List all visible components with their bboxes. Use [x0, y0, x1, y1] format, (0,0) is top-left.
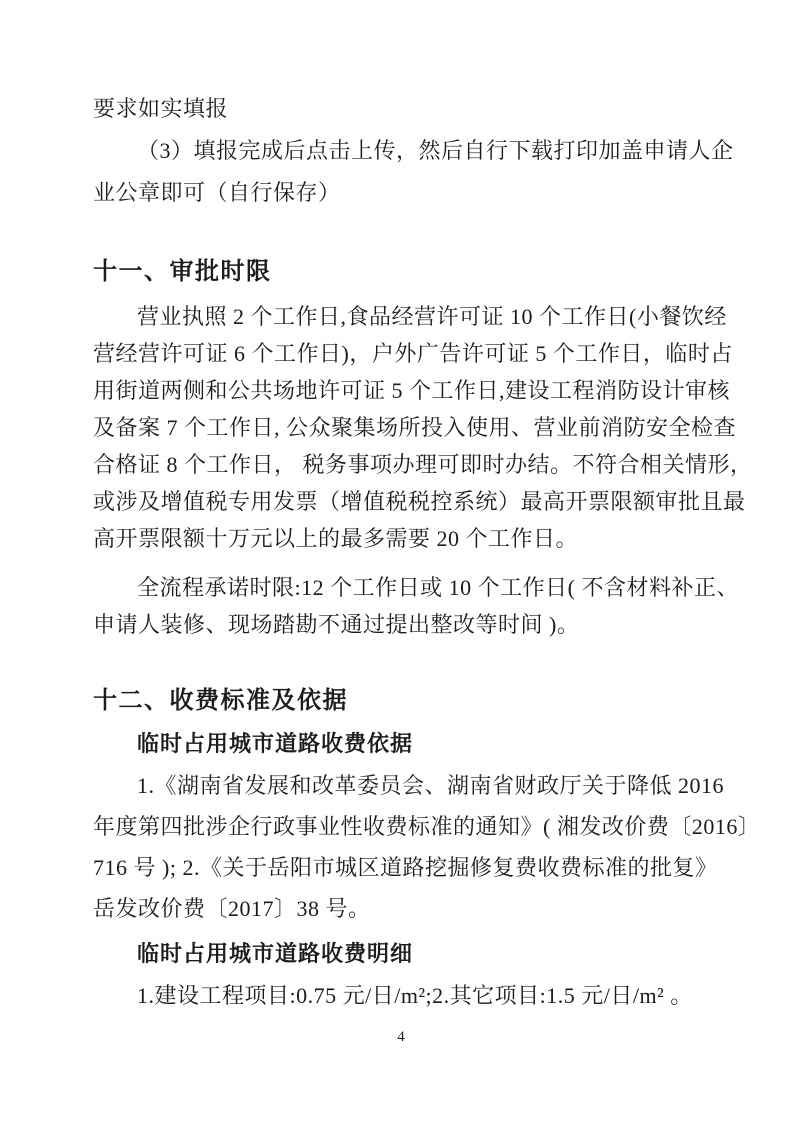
s11-p1-line-7: 高开票限额十万元以上的最多需要 20 个工作日。 [93, 520, 709, 557]
intro-paragraph: 要求如实填报 （3）填报完成后点击上传，然后自行下载打印加盖申请人企 业公章即可… [93, 88, 709, 214]
section-11-paragraph-1: 营业执照 2 个工作日,食品经营许可证 10 个工作日(小餐饮经 营经营许可证 … [93, 298, 709, 557]
section-12-heading: 十二、收费标准及依据 [93, 683, 709, 719]
s11-p1-line-3: 用街道两侧和公共场地许可证 5 个工作日,建设工程消防设计审核 [93, 372, 709, 409]
fee-detail-line-1: 1.建设工程项目:0.75 元/日/m²;2.其它项目:1.5 元/日/m² 。 [93, 975, 709, 1017]
s11-p2-line-1: 全流程承诺时限:12 个工作日或 10 个工作日( 不含材料补正、 [93, 569, 709, 606]
fee-basis-line-3: 716 号 ); 2.《关于岳阳市城区道路挖掘修复费收费标准的批复》 [93, 847, 709, 888]
intro-line-3: 业公章即可（自行保存） [93, 172, 709, 214]
s11-p1-line-4: 及备案 7 个工作日, 公众聚集场所投入使用、营业前消防安全检查 [93, 409, 709, 446]
section-11-paragraph-2: 全流程承诺时限:12 个工作日或 10 个工作日( 不含材料补正、 申请人装修、… [93, 569, 709, 643]
section-11-heading: 十一、审批时限 [93, 254, 709, 290]
fee-basis-line-1: 1.《湖南省发展和改革委员会、湖南省财政厅关于降低 2016 [93, 765, 709, 806]
s11-p1-line-6: 或涉及增值税专用发票（增值税税控系统）最高开票限额审批且最 [93, 483, 709, 520]
fee-detail-paragraph: 1.建设工程项目:0.75 元/日/m²;2.其它项目:1.5 元/日/m² 。 [93, 975, 709, 1017]
fee-basis-line-4: 岳发改价费〔2017〕38 号。 [93, 888, 709, 929]
fee-basis-paragraph: 1.《湖南省发展和改革委员会、湖南省财政厅关于降低 2016 年度第四批涉企行政… [93, 765, 709, 929]
intro-line-2: （3）填报完成后点击上传，然后自行下载打印加盖申请人企 [93, 130, 709, 172]
fee-basis-line-2: 年度第四批涉企行政事业性收费标准的通知》( 湘发改价费〔2016〕 [93, 806, 709, 847]
s11-p1-line-2: 营经营许可证 6 个工作日)，户外广告许可证 5 个工作日，临时占 [93, 335, 709, 372]
intro-line-1: 要求如实填报 [93, 88, 709, 130]
s11-p1-line-1: 营业执照 2 个工作日,食品经营许可证 10 个工作日(小餐饮经 [93, 298, 709, 335]
fee-detail-subheading: 临时占用城市道路收费明细 [93, 933, 709, 975]
fee-basis-subheading: 临时占用城市道路收费依据 [93, 723, 709, 765]
document-page: 要求如实填报 （3）填报完成后点击上传，然后自行下载打印加盖申请人企 业公章即可… [0, 0, 793, 1122]
page-number: 4 [93, 1027, 709, 1047]
s11-p2-line-2: 申请人装修、现场踏勘不通过提出整改等时间 )。 [93, 606, 709, 643]
s11-p1-line-5: 合格证 8 个工作日， 税务事项办理可即时办结。不符合相关情形， [93, 446, 709, 483]
